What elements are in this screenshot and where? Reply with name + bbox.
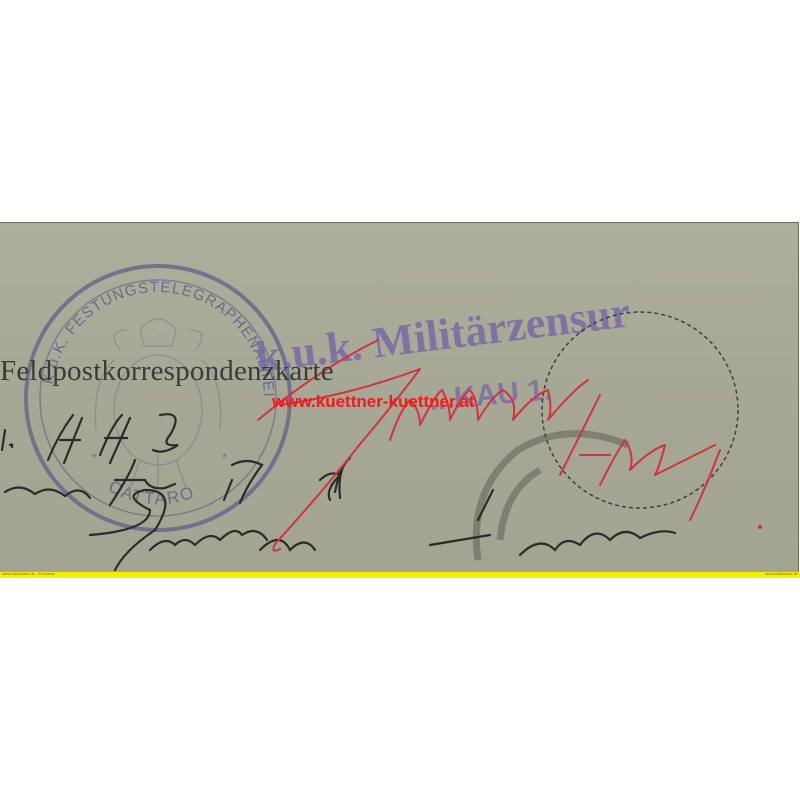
footer-watermark-right[interactable]: www.bildschatz.de: [765, 571, 798, 577]
footer-watermark-left[interactable]: www.bildschatz.de - Firmware: [2, 571, 55, 577]
card-title: Feldpostkorrespondenzkarte: [0, 355, 334, 388]
site-watermark[interactable]: www.kuettner-kuettner.at: [272, 392, 474, 412]
footer-watermark-bar: [0, 572, 800, 578]
